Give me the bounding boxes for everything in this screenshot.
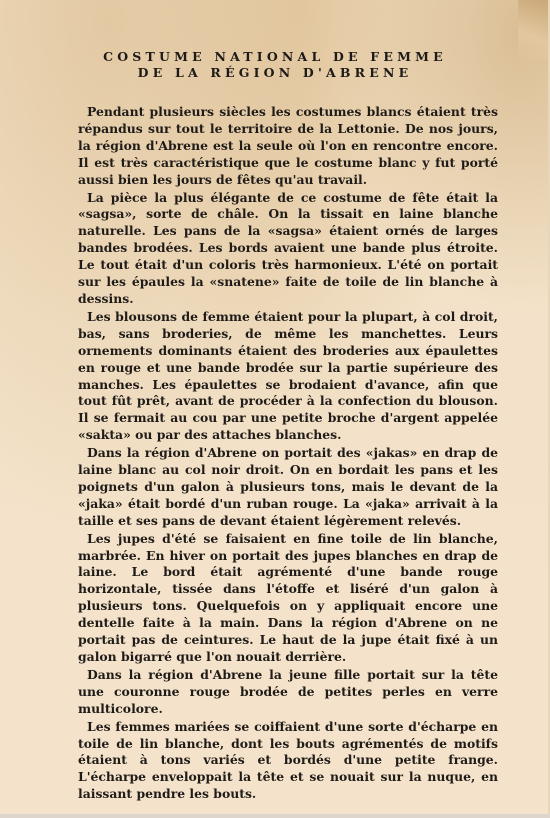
title-line-1: COSTUME NATIONAL DE FEMME (0, 49, 550, 65)
title-line-2: DE LA RÉGION D'ABRENE (0, 65, 550, 81)
paragraph: La pièce la plus élégante de ce costume … (78, 190, 498, 308)
document-title: COSTUME NATIONAL DE FEMME DE LA RÉGION D… (0, 49, 550, 81)
paragraph: Dans la région d'Abrene la jeune fille p… (78, 667, 498, 718)
paper-page: COSTUME NATIONAL DE FEMME DE LA RÉGION D… (0, 0, 550, 814)
paragraph: Les femmes mariées se coiffaient d'une s… (78, 719, 498, 804)
paragraph: Pendant plusieurs siècles les costumes b… (78, 104, 498, 189)
document-body: Pendant plusieurs siècles les costumes b… (78, 104, 498, 803)
paragraph: Les blousons de femme étaient pour la pl… (78, 309, 498, 444)
paragraph: Les jupes d'été se faisaient en fine toi… (78, 531, 498, 666)
paragraph: Dans la région d'Abrene on portait des «… (78, 445, 498, 530)
